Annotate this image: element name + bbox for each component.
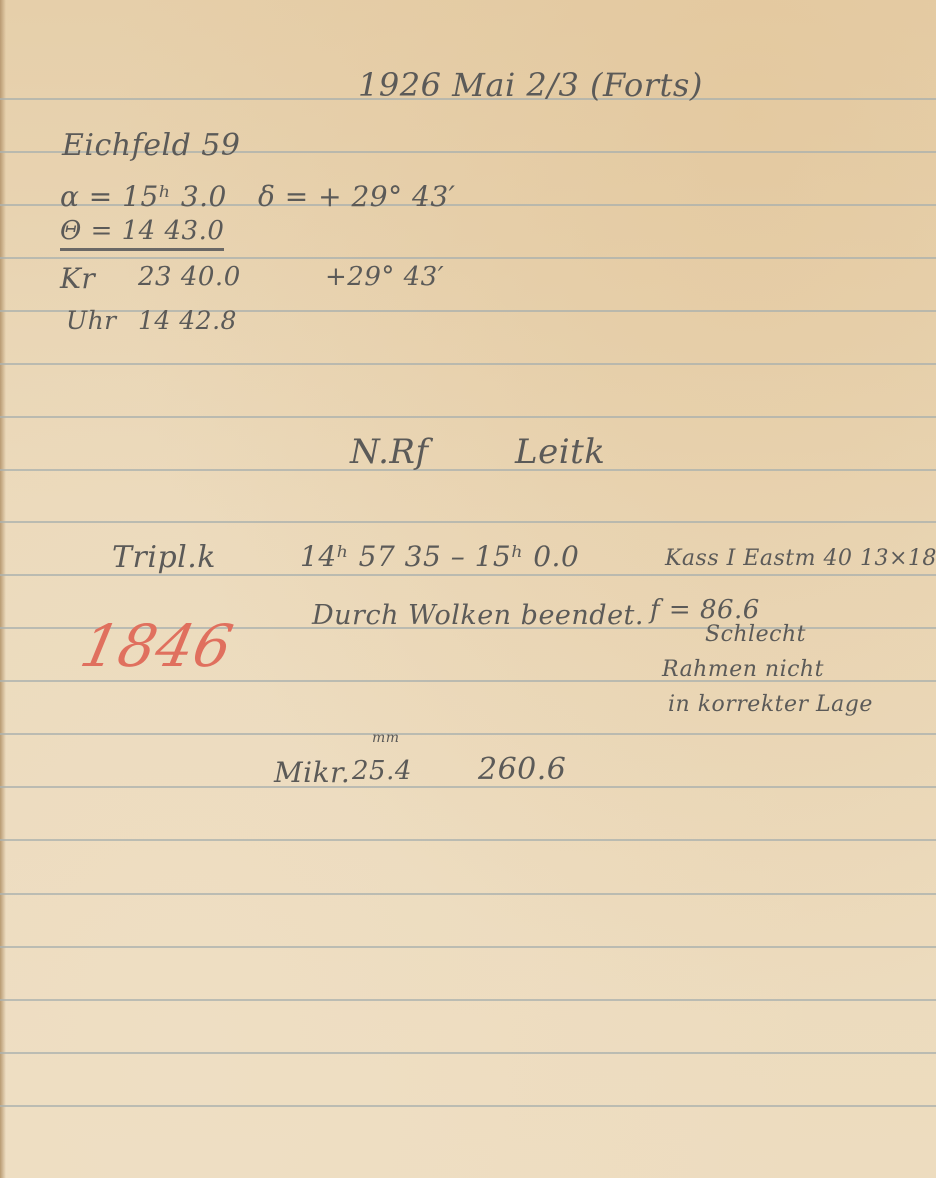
micrometer-label: Mikr. xyxy=(274,756,350,789)
ruled-line xyxy=(0,786,936,788)
object-name: Eichfeld 59 xyxy=(62,128,240,163)
instrument-label: Tripl.k xyxy=(112,540,216,575)
ruled-line xyxy=(0,363,936,365)
position-angle: 260.6 xyxy=(478,752,566,787)
uhr-label: Uhr xyxy=(66,306,117,335)
cassette-info: Kass I Eastm 40 13×18 xyxy=(665,546,936,571)
kr-declination: +29° 43′ xyxy=(325,262,444,292)
exposure-note: Durch Wolken beendet. xyxy=(312,600,644,631)
micrometer-value: 25.4 xyxy=(352,756,412,786)
kr-value: 23 40.0 xyxy=(138,262,241,292)
ruled-line xyxy=(0,416,936,418)
plate-number: 1846 xyxy=(75,612,239,680)
page-header: 1926 Mai 2/3 (Forts) xyxy=(358,66,703,104)
uhr-value: 14 42.8 xyxy=(138,306,237,335)
declination: δ = + 29° 43′ xyxy=(258,180,456,213)
ruled-line xyxy=(0,469,936,471)
kr-label: Kr xyxy=(60,262,95,295)
notebook-page: 1926 Mai 2/3 (Forts) Eichfeld 59 α = 15ʰ… xyxy=(0,0,936,1178)
page-edge xyxy=(0,0,6,1178)
micrometer-unit: mm xyxy=(372,730,400,746)
section-title-right: Leitk xyxy=(515,432,605,472)
ruled-line xyxy=(0,521,936,523)
sidereal-time: Θ = 14 43.0 xyxy=(60,216,224,251)
ruled-line xyxy=(0,257,936,259)
ruled-line xyxy=(0,733,936,735)
quality-note: Schlecht xyxy=(705,622,806,647)
ruled-line xyxy=(0,893,936,895)
focus-value: f = 86.6 xyxy=(650,595,760,625)
ruled-line xyxy=(0,1052,936,1054)
right-ascension: α = 15ʰ 3.0 xyxy=(60,180,227,213)
remark-line-1: Rahmen nicht xyxy=(662,657,824,682)
ruled-line xyxy=(0,1105,936,1107)
ruled-line xyxy=(0,999,936,1001)
ruled-line xyxy=(0,839,936,841)
section-title-left: N.Rf xyxy=(350,432,429,472)
remark-line-2: in korrekter Lage xyxy=(668,692,873,717)
ruled-line xyxy=(0,946,936,948)
exposure-time-range: 14ʰ 57 35 – 15ʰ 0.0 xyxy=(300,540,579,573)
